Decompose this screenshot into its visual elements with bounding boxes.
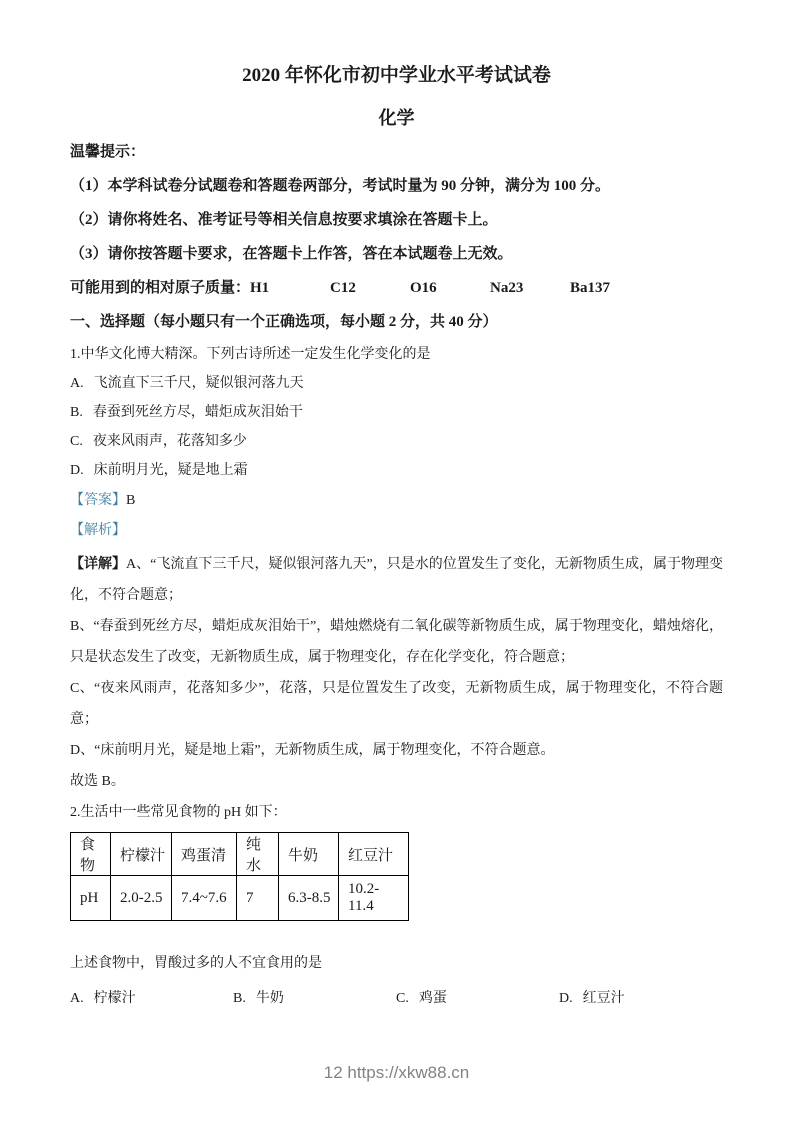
question1-stem: 1.中华文化博大精深。下列古诗所述一定发生化学变化的是 <box>70 345 723 365</box>
table-cell: 柠檬汁 <box>111 833 172 876</box>
ph-table-data-row: pH 2.0-2.5 7.4~7.6 7 6.3-8.5 10.2-11.4 <box>71 876 409 921</box>
question1-option-d: D.床前明月光，疑是地上霜 <box>70 461 723 481</box>
atomic-mass-line: 可能用到的相对原子质量：H1C12O16Na23Ba137 <box>70 278 723 298</box>
table-cell: 鸡蛋清 <box>172 833 237 876</box>
option-label: D. <box>70 461 84 481</box>
option-label: B. <box>70 403 83 423</box>
question2-option-b: B.牛奶 <box>233 989 396 1009</box>
detail-paragraph-c: C、“夜来风雨声，花落知多少”，花落，只是位置发生了改变，无新物质生成，属于物理… <box>70 673 723 735</box>
analysis-tag: 【解析】 <box>70 523 126 538</box>
atomic-mass-C: C12 <box>330 278 410 298</box>
question1-answer-line: 【答案】B <box>70 491 723 511</box>
option-text: 床前明月光，疑是地上霜 <box>94 463 248 478</box>
tips-heading: 温馨提示： <box>70 142 723 162</box>
detail-text: B、“春蚕到死丝方尽，蜡炬成灰泪始干”，蜡烛燃烧有二氧化碳等新物质生成，属于物理… <box>70 619 723 665</box>
atomic-mass-Ba: Ba137 <box>570 280 610 296</box>
question2-options-row: A.柠檬汁 B.牛奶 C.鸡蛋 D.红豆汁 <box>70 989 723 1009</box>
atomic-mass-Na: Na23 <box>490 278 570 298</box>
detail-text: D、“床前明月光，疑是地上霜”，无新物质生成，属于物理变化，不符合题意。 <box>70 743 555 758</box>
atomic-mass-H: H1 <box>250 278 330 298</box>
option-label: A. <box>70 374 84 394</box>
option-label: A. <box>70 989 84 1009</box>
option-text: 春蚕到死丝方尽，蜡炬成灰泪始干 <box>93 405 303 420</box>
question2-stem: 2.生活中一些常见食物的 pH 如下： <box>70 803 723 823</box>
ph-table-header-row: 食物 柠檬汁 鸡蛋清 纯水 牛奶 红豆汁 <box>71 833 409 876</box>
option-text: 红豆汁 <box>583 991 625 1006</box>
question2-followup: 上述食物中，胃酸过多的人不宜食用的是 <box>70 954 723 974</box>
option-label: C. <box>396 989 409 1009</box>
question1-option-a: A.飞流直下三千尺，疑似银河落九天 <box>70 374 723 394</box>
detail-tag: 【详解】 <box>70 557 126 572</box>
question1-analysis-line: 【解析】 <box>70 521 723 541</box>
table-cell: 牛奶 <box>279 833 339 876</box>
option-text: 夜来风雨声，花落知多少 <box>93 434 247 449</box>
exam-title: 2020 年怀化市初中学业水平考试试卷 <box>70 64 723 88</box>
exam-subject: 化学 <box>70 106 723 130</box>
question1-option-c: C.夜来风雨声，花落知多少 <box>70 432 723 452</box>
table-cell: 7 <box>237 876 279 921</box>
atomic-mass-O: O16 <box>410 278 490 298</box>
question2-option-a: A.柠檬汁 <box>70 989 233 1009</box>
table-cell: 纯水 <box>237 833 279 876</box>
option-text: 鸡蛋 <box>419 991 447 1006</box>
question1-option-b: B.春蚕到死丝方尽，蜡炬成灰泪始干 <box>70 403 723 423</box>
answer-value: B <box>126 493 135 508</box>
option-label: C. <box>70 432 83 452</box>
question1-detail-block: 【详解】A、“飞流直下三千尺，疑似银河落九天”，只是水的位置发生了变化，无新物质… <box>70 549 723 797</box>
table-cell: 食物 <box>71 833 111 876</box>
notice-item-2: （2）请你将姓名、准考证号等相关信息按要求填涂在答题卡上。 <box>70 210 723 230</box>
answer-tag: 【答案】 <box>70 493 126 508</box>
option-text: 飞流直下三千尺，疑似银河落九天 <box>94 376 304 391</box>
question2-option-c: C.鸡蛋 <box>396 989 559 1009</box>
detail-paragraph-b: B、“春蚕到死丝方尽，蜡炬成灰泪始干”，蜡烛燃烧有二氧化碳等新物质生成，属于物理… <box>70 611 723 673</box>
atomic-mass-label: 可能用到的相对原子质量： <box>70 280 250 296</box>
detail-text: A、“飞流直下三千尺，疑似银河落九天”，只是水的位置发生了变化，无新物质生成，属… <box>70 557 723 603</box>
option-label: D. <box>559 989 573 1009</box>
question2-option-d: D.红豆汁 <box>559 989 723 1009</box>
table-cell: 2.0-2.5 <box>111 876 172 921</box>
table-cell: pH <box>71 876 111 921</box>
table-cell: 10.2-11.4 <box>339 876 409 921</box>
option-label: B. <box>233 989 246 1009</box>
table-cell: 7.4~7.6 <box>172 876 237 921</box>
watermark-footer: 12 https://xkw88.cn <box>0 1063 793 1083</box>
table-cell: 6.3-8.5 <box>279 876 339 921</box>
detail-paragraph-d: D、“床前明月光，疑是地上霜”，无新物质生成，属于物理变化，不符合题意。 <box>70 735 723 766</box>
ph-table: 食物 柠檬汁 鸡蛋清 纯水 牛奶 红豆汁 pH 2.0-2.5 7.4~7.6 … <box>70 832 409 921</box>
detail-conclusion: 故选 B。 <box>70 766 723 797</box>
notice-item-1: （1）本学科试卷分试题卷和答题卷两部分，考试时量为 90 分钟，满分为 100 … <box>70 176 723 196</box>
detail-text: C、“夜来风雨声，花落知多少”，花落，只是位置发生了改变，无新物质生成，属于物理… <box>70 681 723 727</box>
notice-item-3: （3）请你按答题卡要求，在答题卡上作答，答在本试题卷上无效。 <box>70 244 723 264</box>
detail-paragraph-a: 【详解】A、“飞流直下三千尺，疑似银河落九天”，只是水的位置发生了变化，无新物质… <box>70 549 723 611</box>
section-heading: 一、选择题（每小题只有一个正确选项，每小题 2 分，共 40 分） <box>70 312 723 332</box>
table-cell: 红豆汁 <box>339 833 409 876</box>
option-text: 牛奶 <box>256 991 284 1006</box>
option-text: 柠檬汁 <box>94 991 136 1006</box>
exam-page: 2020 年怀化市初中学业水平考试试卷 化学 温馨提示： （1）本学科试卷分试题… <box>0 64 793 1009</box>
